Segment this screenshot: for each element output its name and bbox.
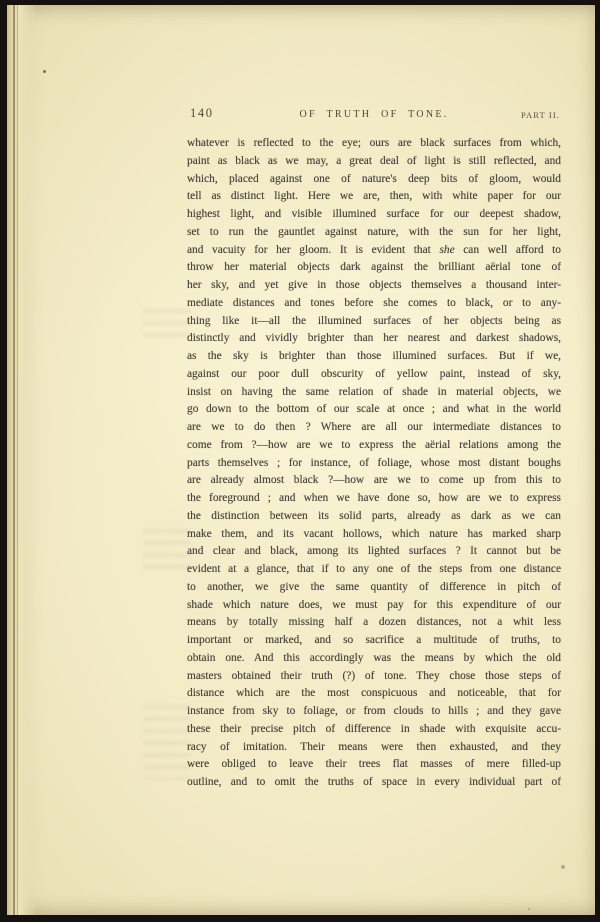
text-line: instance from sky to foliage, or from cl… (187, 703, 561, 721)
text-line: set to run the gauntlet against nature, … (187, 224, 561, 242)
text-line: were obliged to leave their trees flat m… (187, 756, 561, 774)
text-line: distance which are the most conspicuous … (187, 685, 561, 703)
body-text: whatever is reflected to the eye; ours a… (187, 135, 561, 792)
text-line: masters obtained their truth (?) of tone… (187, 668, 561, 686)
text-line: her sky, and yet give in those objects t… (187, 277, 561, 295)
text-line: insist on having the same relation of sh… (187, 384, 561, 402)
binding-crease-line (13, 5, 15, 915)
text-line: and vacuity for her gloom. It is evident… (187, 242, 561, 260)
running-header-title: OF TRUTH OF TONE. (299, 109, 448, 120)
text-line: distinctly and vividly brighter than her… (187, 330, 561, 348)
text-line: against our poor dull obscurity of yello… (187, 366, 561, 384)
text-line: which, placed against one of nature's de… (187, 171, 561, 189)
text-line: important or marked, and so sacrifice a … (187, 632, 561, 650)
text-line: go down to the bottom of our scale at on… (187, 401, 561, 419)
text-line: means by totally missing half a dozen di… (187, 614, 561, 632)
text-line: and clear and black, among its lighted s… (187, 543, 561, 561)
page-header: 140 OF TRUTH OF TONE. PART II. (188, 106, 560, 124)
text-line: mediate distances and tones before she c… (187, 295, 561, 313)
text-line: outline, and to omit the truths of space… (187, 774, 561, 792)
text-line: parts themselves ; for instance, of foli… (187, 455, 561, 473)
text-line: come from ?—how are we to express the aë… (187, 437, 561, 455)
page-showthrough-smudge (143, 521, 191, 573)
text-line: highest light, and visible illumined sur… (187, 206, 561, 224)
text-line: thing like it—all the illumined surfaces… (187, 313, 561, 331)
text-line: obtain one. And this accordingly was the… (187, 650, 561, 668)
text-line: make them, and its vacant hollows, which… (187, 526, 561, 544)
binding-crease-line-2 (17, 5, 18, 915)
part-label: PART II. (521, 110, 560, 120)
paper-speck (528, 908, 530, 910)
text-line: to another, we give the same quantity of… (187, 579, 561, 597)
paper-speck (561, 865, 565, 869)
text-line: the distinction between its solid parts,… (187, 508, 561, 526)
text-line: are already almost black ?—how are we to… (187, 472, 561, 490)
text-line: tell as distinct light. Here we are, the… (187, 188, 561, 206)
text-line: racy of imitation. Their means were then… (187, 739, 561, 757)
paper-speck (43, 70, 46, 73)
text-line: shade which nature does, we must pay for… (187, 597, 561, 615)
text-line: the foreground ; and when we have done s… (187, 490, 561, 508)
page-number: 140 (190, 106, 214, 121)
binding-gutter-shadow (7, 5, 37, 915)
text-line: paint as black as we may, a great deal o… (187, 153, 561, 171)
text-line: these their precise pitch of difference … (187, 721, 561, 739)
text-line: evident at a glance, that if to any one … (187, 561, 561, 579)
text-line: whatever is reflected to the eye; ours a… (187, 135, 561, 153)
text-line: throw her material objects dark against … (187, 259, 561, 277)
page-showthrough-smudge (143, 697, 191, 779)
scanned-book-page: { "page": { "number": "140", "running_he… (0, 0, 600, 922)
text-line: as the sky is brighter than those illumi… (187, 348, 561, 366)
page-showthrough-smudge (143, 301, 191, 343)
text-line: are we to do then ? Where are all our in… (187, 419, 561, 437)
